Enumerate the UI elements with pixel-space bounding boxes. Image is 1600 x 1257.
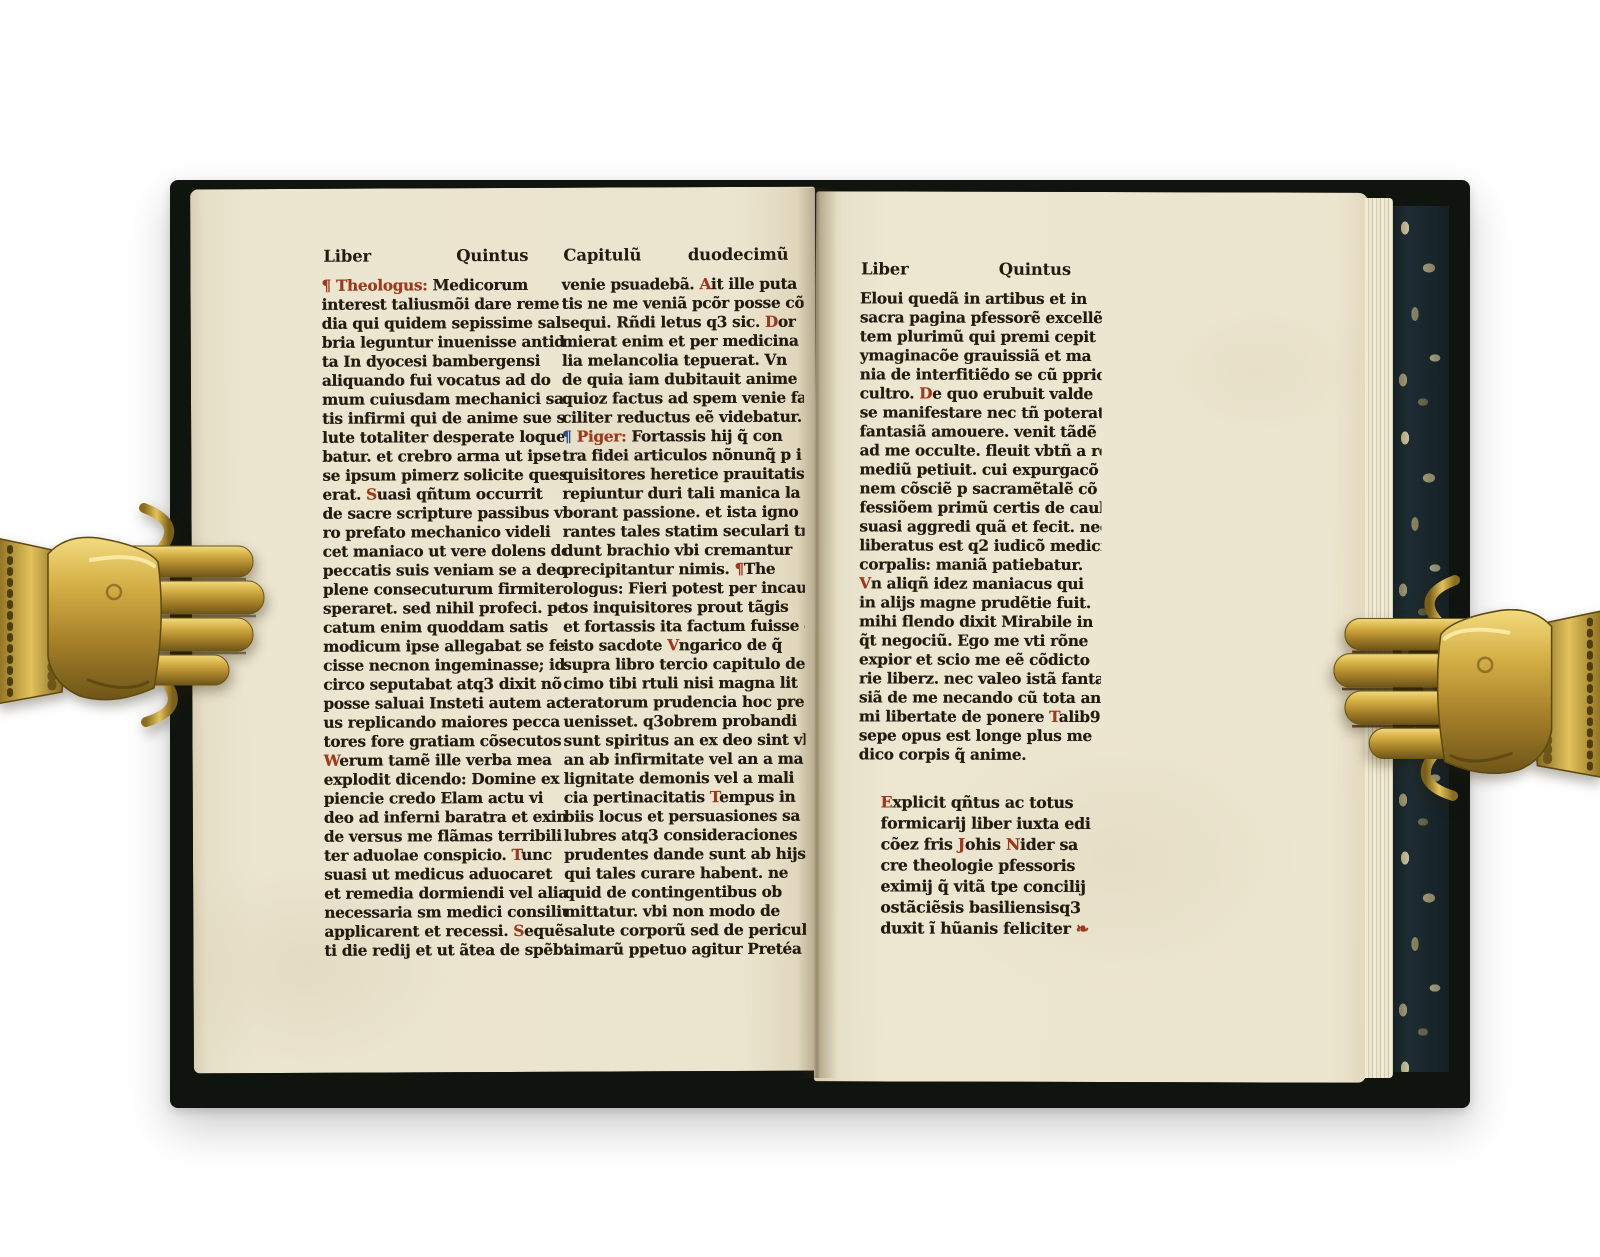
text-line: ta In dyocesi bambergensi — [322, 352, 564, 372]
text-line: peccatis suis veniam se a deo — [323, 561, 565, 581]
text-line: piencie credo Elam actu vi — [324, 789, 566, 809]
text-line: nia de interfitiẽdo se cũ pprio — [860, 365, 1102, 385]
text-line: cimo tibi rtuli nisi magna lit — [563, 674, 805, 694]
text-line: de quia iam dubitauit anime — [562, 370, 804, 390]
text-line: aliquando fui vocatus ad do — [322, 371, 564, 391]
text-line: tos inquisitores prout tãgis — [563, 598, 805, 618]
text-line: ter aduolae conspicio. Tunc — [324, 846, 566, 866]
text-line: rie liberz. nec valeo istã fanta — [859, 669, 1101, 689]
text-line: an ab infirmitate vel an a ma — [564, 750, 806, 770]
text-line: plene consecuturum firmiter — [323, 580, 565, 600]
text-line: et remedia dormiendi vel alia — [324, 884, 566, 904]
text-line: modicum ipse allegabat se fe — [323, 637, 565, 657]
text-line: Explicit qñtus ac totus — [881, 791, 1111, 813]
text-line: dia qui quidem sepissime salu — [322, 314, 564, 334]
text-line: isto sacdote Vngarico de q̃ — [563, 636, 805, 656]
text-line: applicarent et recessi. Sequẽ — [324, 922, 566, 942]
gilt-hand-left — [0, 500, 266, 730]
running-head-quintus: Quintus — [456, 246, 528, 266]
left-page-running-head-col1: Liber Quintus — [323, 246, 528, 267]
text-line: de sacre scripture passibus vi — [322, 504, 564, 524]
running-head-duodecimum: duodecimũ — [688, 245, 789, 265]
text-line: quioz factus ad spem venie fa — [562, 389, 804, 409]
text-line: ¶ Theologus: Medicorum — [321, 276, 563, 296]
text-line: suasi aggredi quã et fecit. nec — [859, 517, 1101, 537]
text-line: siã de me necando cũ tota ani — [859, 688, 1101, 708]
text-line: catum enim quoddam satis — [323, 618, 565, 638]
gilt-hand-right — [1332, 572, 1600, 804]
left-page-running-head-col2: Capitulũ duodecimũ — [563, 245, 788, 266]
text-line: teratorum prudencia hoc pre — [563, 693, 805, 713]
running-head-capitulum: Capitulũ — [563, 245, 641, 265]
text-line: ti die redij et ut ãtea de spẽb9 — [324, 941, 566, 961]
text-line: ostãciẽsis basiliensisq3 — [880, 896, 1110, 918]
text-line: speraret. sed nihil profeci. pec — [323, 599, 565, 619]
text-line: Werum tamẽ ille verba mea — [324, 751, 566, 771]
text-line: se manifestare nec tñ poterat — [860, 403, 1102, 423]
text-line: cet maniaco ut vere dolens de — [323, 542, 565, 562]
text-line: mediũ petiuit. cui expurgacõ — [859, 460, 1101, 480]
text-line: Vn aliqñ idez maniacus qui — [859, 574, 1101, 594]
text-line: tem plurimũ qui premi cepit — [860, 327, 1102, 347]
text-line: bria leguntur inuenisse antido — [322, 333, 564, 353]
text-line: tra fidei articulos nõnunq̃ p i — [562, 446, 804, 466]
text-line: deo ad inferni baratra et exin — [324, 808, 566, 828]
text-line: lute totaliter desperate loque — [322, 428, 564, 448]
text-line: prudentes dande sunt ab hijs — [564, 845, 806, 865]
text-line: cisse necnon ingeminasse; id — [323, 656, 565, 676]
text-line: liberatus est q2 iudicõ medici — [859, 536, 1101, 556]
text-line: ad me occulte. fleuit vbtñ a re — [859, 441, 1101, 461]
text-line: tis infirmi qui de anime sue sa — [322, 409, 564, 429]
text-line: nem cõsciẽ p sacramẽtalẽ cõ — [859, 479, 1101, 499]
text-line: dunt brachio vbi cremantur — [563, 541, 805, 561]
clamp-ring-top — [144, 508, 169, 552]
running-head-liber: Liber — [861, 259, 909, 279]
text-line: fessiõem primũ certis de caub — [859, 498, 1101, 518]
text-line: necessaria sm medici consilium — [324, 903, 566, 923]
text-line: sequi. Rñdi letus q3 sic. Dor — [562, 313, 804, 333]
text-line: q̃t negociũ. Ego me vti rõne — [859, 631, 1101, 651]
left-page-text-column-b: venie psuadebã. Ait ille putatis ne me v… — [561, 275, 806, 966]
text-line: tores fore gratiam cõsecutos — [323, 732, 565, 752]
text-line: us replicando maiores pecca — [323, 713, 565, 733]
text-line: qui tales curare habent. ne — [564, 864, 806, 884]
text-line: cre theologie pfessoris — [880, 854, 1110, 876]
text-line: lubres atq3 consideraciones — [564, 826, 806, 846]
running-head-quintus: Quintus — [999, 260, 1071, 280]
open-book: Liber Quintus Capitulũ duodecimũ ¶ Theol… — [170, 180, 1470, 1108]
text-line: cia pertinacitatis Tempus in — [564, 788, 806, 808]
text-line: batur. et crebro arma ut ipse — [322, 447, 564, 467]
text-line: precipitantur nimis. ¶The — [563, 560, 805, 580]
text-line: sunt spiritus an ex deo sint vl — [563, 731, 805, 751]
text-line: sacra pagina pfessorẽ excellẽ — [860, 308, 1102, 328]
text-line: cõez fris Johis Nider sa — [880, 833, 1110, 855]
text-line: mierat enim et per medicina — [562, 332, 804, 352]
text-line: posse saluai Insteti autem acri — [323, 694, 565, 714]
text-line: interest taliusmõi dare reme — [322, 295, 564, 315]
right-page-running-head: Liber Quintus — [861, 259, 1071, 280]
text-line: ologus: Fieri potest per incau — [563, 579, 805, 599]
text-line: eximij q̃ vitã tpe concilij — [880, 875, 1110, 897]
text-line: formicarij liber iuxta edi — [880, 812, 1110, 834]
text-line: supra libro tercio capitulo de — [563, 655, 805, 675]
right-page: Liber Quintus Eloui quedã in artibus et … — [814, 191, 1368, 1082]
text-line: ¶ Piger: Fortassis hij q̃ con — [562, 427, 804, 447]
explicit-colophon-block: Explicit qñtus ac totusformicarij liber … — [880, 791, 1110, 944]
text-line: sepe opus est longe plus me — [859, 726, 1101, 746]
text-line: quisitores heretice prauitatis — [562, 465, 804, 485]
text-line: mihi flendo dixit Mirabile in — [859, 612, 1101, 632]
text-line: se ipsum pimerz solicite quesi — [322, 466, 564, 486]
text-line: ro prefato mechanico videli — [323, 523, 565, 543]
text-line: circo seputabat atq3 dixit nõ — [323, 675, 565, 695]
text-line: expior et scio me eẽ cõdicto — [859, 650, 1101, 670]
left-page-text-column-a: ¶ Theologus: Medicoruminterest taliusmõi… — [321, 276, 566, 967]
text-line: in alijs magne prudẽtie fuit. — [859, 593, 1101, 613]
text-line: dico corpis q̃ anime. — [859, 745, 1101, 765]
text-line: de versus me flãmas terribili — [324, 827, 566, 847]
text-line: fantasiã amouere. venit tãdẽ — [860, 422, 1102, 442]
text-line: tis ne me veniã pcõr posse cõ — [562, 294, 804, 314]
text-line: lia melancolia tepuerat. Vn — [562, 351, 804, 371]
text-line: mum cuiusdam mechanici sa — [322, 390, 564, 410]
left-page: Liber Quintus Capitulũ duodecimũ ¶ Theol… — [190, 187, 819, 1074]
text-line: mi libertate de ponere Talib9 — [859, 707, 1101, 727]
running-head-liber: Liber — [323, 247, 371, 267]
text-line: suasi ut medicus aduocaret — [324, 865, 566, 885]
right-page-text-column: Eloui quedã in artibus et insacra pagina… — [859, 289, 1102, 770]
text-line: aimarũ ppetuo agitur Pretéa — [564, 940, 806, 960]
text-line: ymaginacõe grauissiã et ma — [860, 346, 1102, 366]
text-line: explodit dicendo: Domine ex — [324, 770, 566, 790]
text-line: Eloui quedã in artibus et in — [860, 289, 1102, 309]
text-line: uenisset. q3obrem probandi — [563, 712, 805, 732]
text-line: et fortassis ita factum fuisse cũ — [563, 617, 805, 637]
text-line: repiuntur duri tali manica la — [562, 484, 804, 504]
text-line: cultro. De quo erubuit valde — [860, 384, 1102, 404]
text-line: erat. Suasi qñtum occurrit — [322, 485, 564, 505]
text-line: biis locus et persuasiones sa — [564, 807, 806, 827]
text-line: mittatur. vbi non modo de — [564, 902, 806, 922]
text-line: ciliter reductus eẽ videbatur. — [562, 408, 804, 428]
text-line: salute corporũ sed de periculo — [564, 921, 806, 941]
text-line: rantes tales statim seculari tr — [563, 522, 805, 542]
text-line: borant passione. et ista igno — [562, 503, 804, 523]
text-line: duxit ĩ hũanis feliciter ❧ — [880, 917, 1110, 939]
text-line: quid de contingentibus ob — [564, 883, 806, 903]
text-line: corpalis: maniã patiebatur. — [859, 555, 1101, 575]
text-line: lignitate demonis vel a mali — [564, 769, 806, 789]
text-line: venie psuadebã. Ait ille puta — [561, 275, 803, 295]
